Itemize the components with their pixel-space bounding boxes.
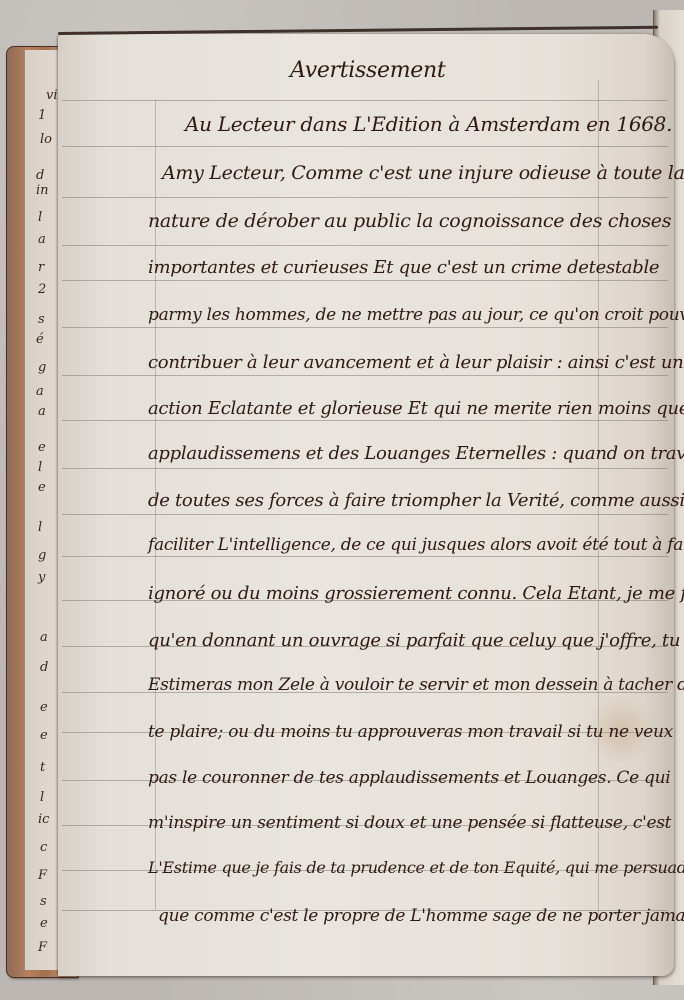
margin-fragment: ic — [38, 812, 49, 827]
previous-page-margin: vi 1 lo d in l a r 2 s é g a a e l e l g… — [30, 60, 60, 960]
margin-fragment: 1 — [38, 108, 46, 123]
page-title: Avertissement — [290, 58, 445, 83]
margin-fragment: 2 — [38, 282, 46, 297]
margin-fragment: e — [38, 440, 46, 455]
text-line: action Eclatante et glorieuse Et qui ne … — [148, 398, 684, 419]
margin-fragment: e — [38, 480, 46, 495]
margin-fragment: d — [40, 660, 48, 675]
margin-fragment: e — [40, 700, 48, 715]
ruled-line — [62, 468, 668, 469]
margin-fragment: d in — [36, 168, 60, 198]
ruled-line — [62, 556, 668, 557]
text-line: qu'en donnant un ouvrage si parfait que … — [148, 630, 680, 651]
text-line: nature de dérober au public la cognoissa… — [148, 210, 671, 232]
text-line: que comme c'est le propre de L'homme sag… — [158, 906, 684, 926]
ruled-line — [62, 514, 668, 515]
margin-fragment: a — [36, 384, 44, 399]
margin-fragment: r — [38, 260, 44, 275]
text-line: m'inspire un sentiment si doux et une pe… — [148, 813, 671, 833]
margin-fragment: s — [40, 894, 47, 909]
margin-fragment: e — [40, 728, 48, 743]
ruled-line — [62, 420, 668, 421]
margin-fragment: a — [38, 232, 46, 247]
margin-fragment: a — [40, 630, 48, 645]
margin-fragment: y — [38, 570, 45, 585]
margin-fragment: s — [38, 312, 45, 327]
text-line: de toutes ses forces à faire triompher l… — [148, 490, 684, 511]
text-line: pas le couronner de tes applaudissements… — [148, 768, 670, 788]
text-line: Amy Lecteur, Comme c'est une injure odie… — [162, 162, 684, 184]
text-line: importantes et curieuses Et que c'est un… — [148, 257, 659, 278]
text-line: faciliter L'intelligence, de ce qui jusq… — [148, 535, 684, 555]
ruled-line — [62, 375, 668, 376]
margin-fragment: g — [38, 548, 46, 563]
margin-fragment: a — [38, 404, 46, 419]
ruled-line — [62, 327, 668, 328]
ruled-line — [62, 280, 668, 281]
margin-fragment: lo — [40, 132, 52, 147]
margin-fragment: l — [38, 520, 42, 535]
text-line: L'Estime que je fais de ta prudence et d… — [148, 858, 684, 877]
text-line: ignoré ou du moins grossierement connu. … — [148, 583, 684, 604]
ruled-line — [62, 100, 668, 101]
ruled-line — [62, 146, 668, 147]
text-line: contribuer à leur avancement et à leur p… — [148, 352, 684, 373]
margin-fragment: F — [38, 940, 47, 955]
margin-fragment: g — [38, 360, 46, 375]
margin-fragment: l — [38, 210, 42, 225]
margin-fragment: é — [36, 332, 44, 347]
margin-fragment: t — [40, 760, 45, 775]
margin-fragment: e — [40, 916, 48, 931]
text-line: te plaire; ou du moins tu approuveras mo… — [148, 722, 673, 742]
margin-fragment: c — [40, 840, 47, 855]
margin-fragment: F — [38, 868, 47, 883]
text-line: parmy les hommes, de ne mettre pas au jo… — [148, 305, 684, 325]
margin-fragment: l — [38, 460, 42, 475]
margin-fragment: vi — [46, 88, 58, 103]
text-line: Estimeras mon Zele à vouloir te servir e… — [148, 675, 684, 695]
margin-fragment: l — [40, 790, 44, 805]
page-heading: Au Lecteur dans L'Edition à Amsterdam en… — [185, 112, 672, 136]
ruled-line — [62, 245, 668, 246]
ruled-line — [62, 197, 668, 198]
text-line: applaudissemens et des Louanges Eternell… — [148, 443, 684, 464]
